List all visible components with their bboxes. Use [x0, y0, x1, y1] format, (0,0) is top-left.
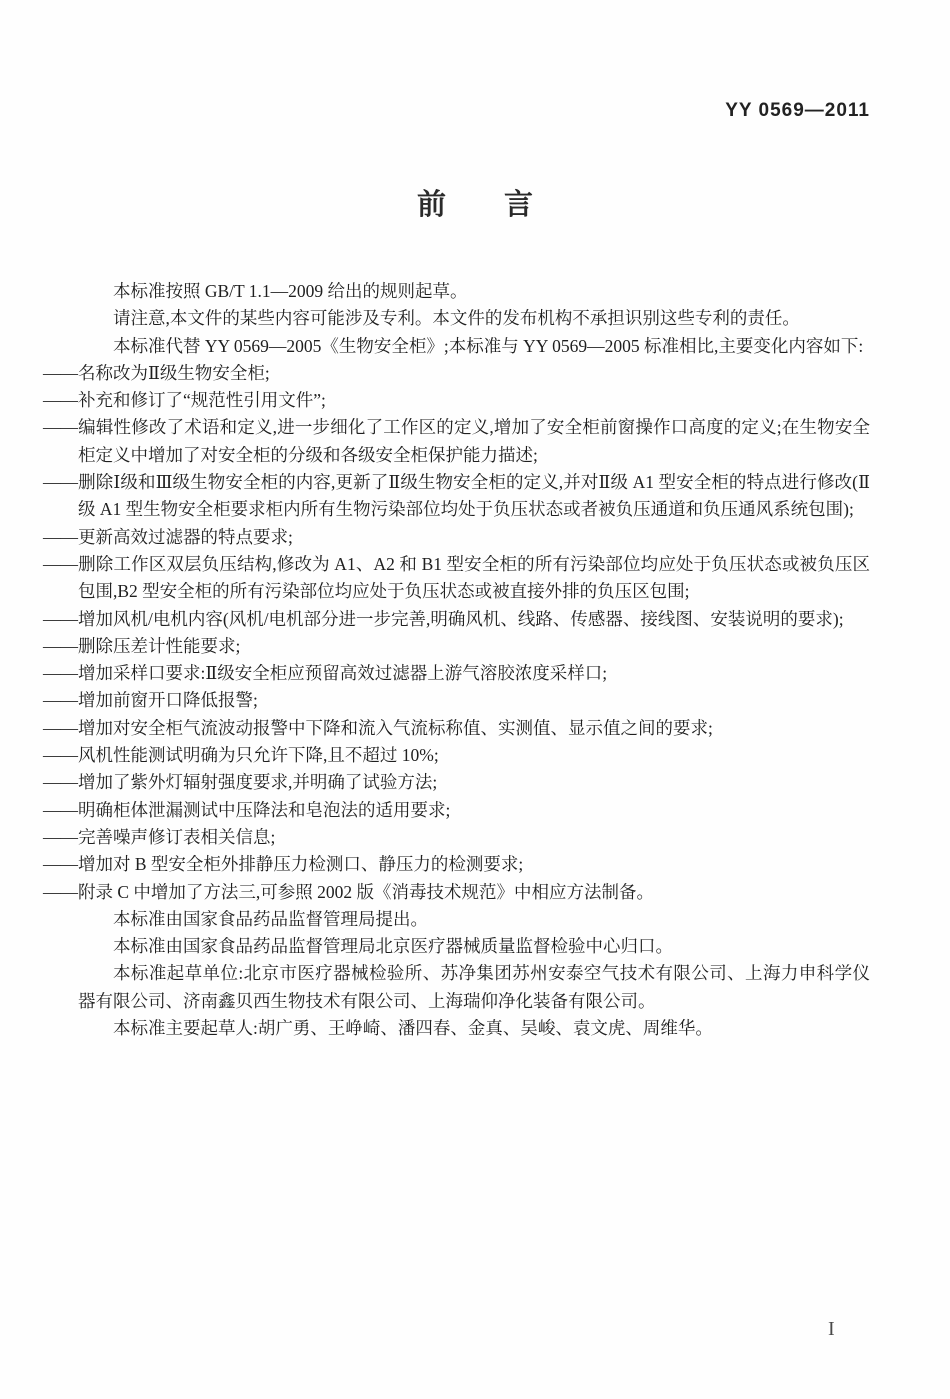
intro-paragraph: 本标准按照 GB/T 1.1—2009 给出的规则起草。 — [78, 278, 870, 305]
change-item: ——删除压差计性能要求; — [78, 633, 870, 660]
change-item: ——增加风机/电机内容(风机/电机部分进一步完善,明确风机、线路、传感器、接线图… — [78, 606, 870, 633]
change-item: ——删除工作区双层负压结构,修改为 A1、A2 和 B1 型安全柜的所有污染部位… — [78, 551, 870, 606]
closing-paragraph: 本标准由国家食品药品监督管理局北京医疗器械质量监督检验中心归口。 — [78, 933, 870, 960]
closing-paragraph: 本标准主要起草人:胡广勇、王峥崎、潘四春、金真、吴峻、袁文虎、周维华。 — [78, 1015, 870, 1042]
closing-paragraph: 本标准起草单位:北京市医疗器械检验所、苏净集团苏州安泰空气技术有限公司、上海力申… — [78, 960, 870, 1015]
change-item: ——编辑性修改了术语和定义,进一步细化了工作区的定义,增加了安全柜前窗操作口高度… — [78, 414, 870, 469]
page-header: YY 0569—2011 — [0, 100, 870, 122]
change-item: ——增加采样口要求:Ⅱ级安全柜应预留高效过滤器上游气溶胶浓度采样口; — [78, 660, 870, 687]
change-item: ——删除Ⅰ级和Ⅲ级生物安全柜的内容,更新了Ⅱ级生物安全柜的定义,并对Ⅱ级 A1 … — [78, 469, 870, 524]
change-item: ——补充和修订了“规范性引用文件”; — [78, 387, 870, 414]
intro-paragraph: 本标准代替 YY 0569—2005《生物安全柜》;本标准与 YY 0569—2… — [78, 333, 870, 360]
change-item: ——增加了紫外灯辐射强度要求,并明确了试验方法; — [78, 769, 870, 796]
closing-paragraph: 本标准由国家食品药品监督管理局提出。 — [78, 906, 870, 933]
change-item: ——名称改为Ⅱ级生物安全柜; — [78, 360, 870, 387]
change-item: ——明确柜体泄漏测试中压降法和皂泡法的适用要求; — [78, 797, 870, 824]
document-page: YY 0569—2011 前 言 本标准按照 GB/T 1.1—2009 给出的… — [0, 0, 950, 1399]
standard-code: YY 0569—2011 — [725, 100, 870, 121]
foreword-body: 本标准按照 GB/T 1.1—2009 给出的规则起草。 请注意,本文件的某些内… — [78, 278, 870, 1042]
change-item: ——完善噪声修订表相关信息; — [78, 824, 870, 851]
page-number: I — [828, 1318, 835, 1341]
change-item: ——风机性能测试明确为只允许下降,且不超过 10%; — [78, 742, 870, 769]
change-item: ——增加对 B 型安全柜外排静压力检测口、静压力的检测要求; — [78, 851, 870, 878]
foreword-title: 前 言 — [0, 182, 950, 223]
change-item: ——附录 C 中增加了方法三,可参照 2002 版《消毒技术规范》中相应方法制备… — [78, 879, 870, 906]
change-item: ——更新高效过滤器的特点要求; — [78, 524, 870, 551]
change-item: ——增加前窗开口降低报警; — [78, 687, 870, 714]
intro-paragraph: 请注意,本文件的某些内容可能涉及专利。本文件的发布机构不承担识别这些专利的责任。 — [78, 305, 870, 332]
change-item: ——增加对安全柜气流波动报警中下降和流入气流标称值、实测值、显示值之间的要求; — [78, 715, 870, 742]
